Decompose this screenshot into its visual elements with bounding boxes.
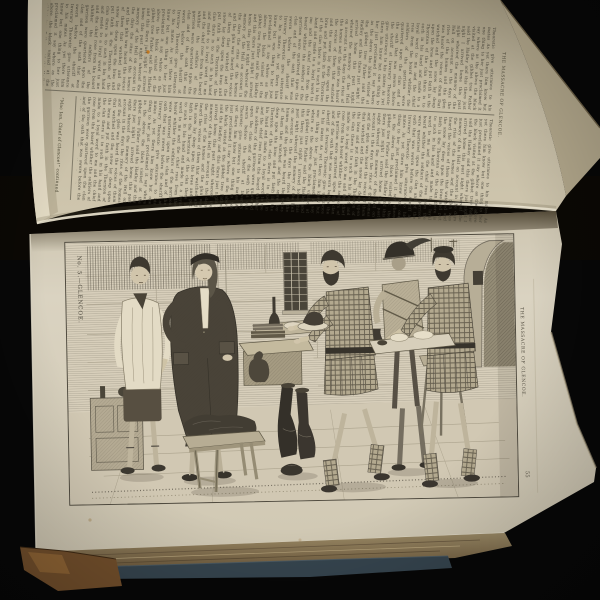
photo-vignette xyxy=(0,0,600,600)
photograph-of-open-antique-book: Theoretic give utterance to his mates As… xyxy=(0,0,600,600)
